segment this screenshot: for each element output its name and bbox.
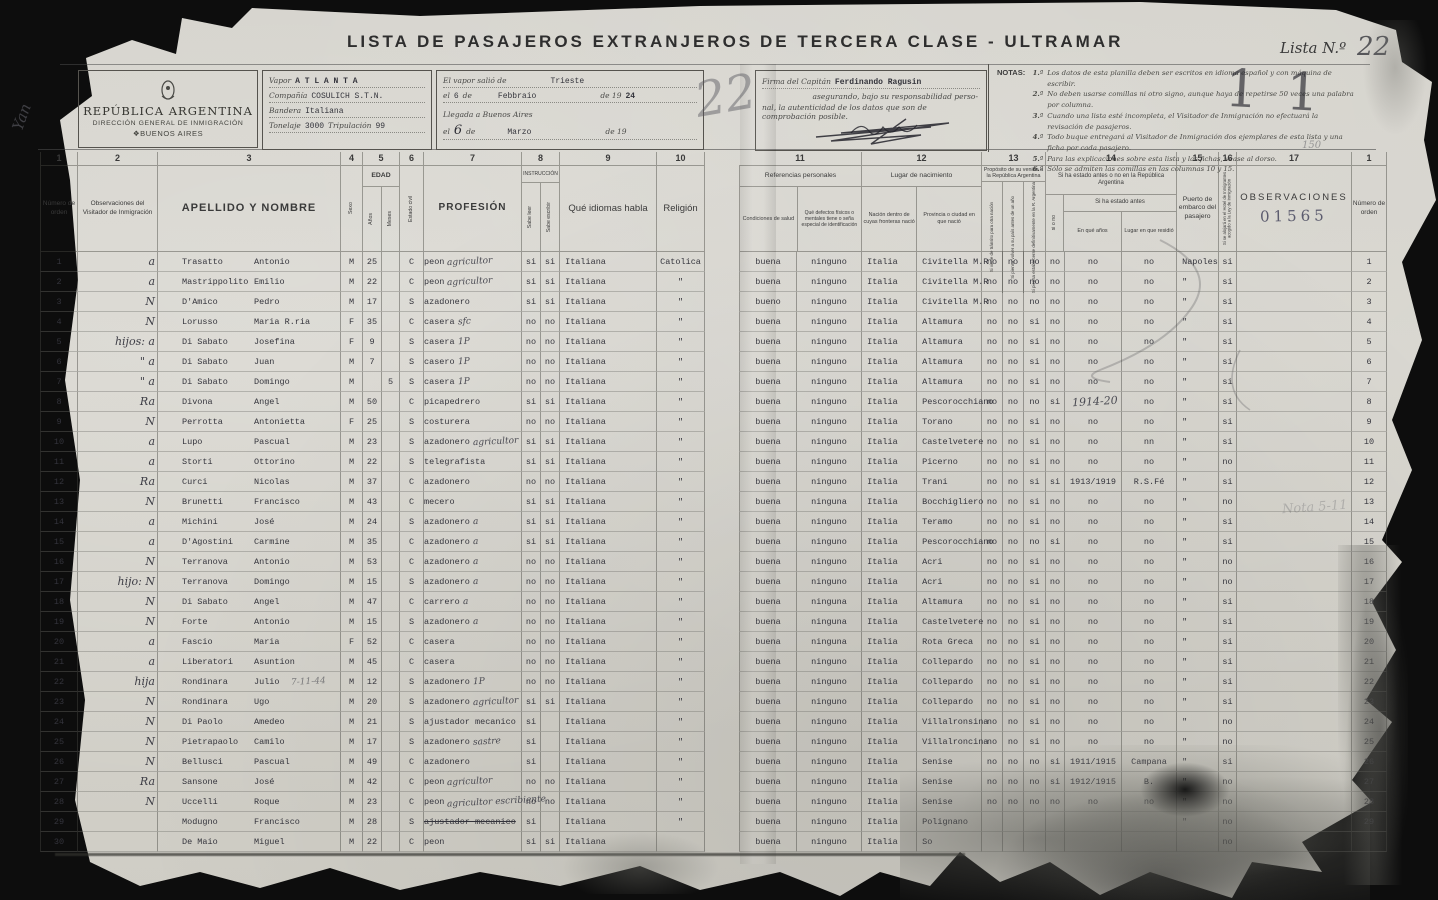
cell-language: Italiana: [560, 412, 657, 432]
cell-embark-port: ": [1177, 472, 1219, 492]
cell-name: RondinaraJulio7-11-44: [158, 672, 341, 692]
cell-defects: ninguno: [797, 812, 862, 832]
cell-age-months: [382, 632, 400, 652]
cell-transit: no: [982, 392, 1003, 412]
cell-nation: Italia: [862, 372, 917, 392]
cell-embark-port: ": [1177, 372, 1219, 392]
cell-age-years: 22: [363, 452, 382, 472]
cell-embark-port: ": [1177, 512, 1219, 532]
col-header-si-ha-estado: Si ha estado antes: [1064, 195, 1176, 212]
cell-return: no: [1003, 632, 1024, 652]
passenger-row: 6" aDi SabatoJuanM7Scasero1Pnono Italian…: [40, 352, 1387, 372]
cell-place-resided: no: [1122, 512, 1177, 532]
cell-sex: M: [341, 652, 363, 672]
cell-reads: no: [522, 772, 541, 792]
cell-writes: no: [541, 412, 560, 432]
cell-health: buena: [739, 532, 797, 552]
cell-writes: si: [541, 272, 560, 292]
cell-years-resided: no: [1065, 612, 1122, 632]
cell-visitor-mark: N: [78, 312, 158, 332]
cell-civil-status: S: [400, 292, 424, 312]
cell-transit: no: [982, 652, 1003, 672]
cell-order-number: 26: [40, 752, 78, 772]
passenger-row: 23NRondinaraUgoM20Sazadoneroagricultorsi…: [40, 692, 1387, 712]
cell-years-resided: no: [1065, 372, 1122, 392]
cell-settle: no: [1024, 532, 1046, 552]
cell-hotel: si: [1219, 612, 1237, 632]
cell-civil-status: C: [400, 632, 424, 652]
cell-hotel: no: [1219, 572, 1237, 592]
cell-reads: si: [522, 512, 541, 532]
cell-embark-port: ": [1177, 612, 1219, 632]
cell-visitor-mark: N: [78, 612, 158, 632]
cell-reads: no: [522, 672, 541, 692]
cell-settle: si: [1024, 372, 1046, 392]
salio-label: El vapor salió de: [443, 76, 507, 85]
cell-defects: ninguno: [797, 452, 862, 472]
col-header-edad: EDAD: [363, 166, 399, 187]
serial-stamp: 01565: [1260, 206, 1328, 225]
passenger-row: 8RaDivonaAngelM50Cpicapedrerosisi Italia…: [40, 392, 1387, 412]
anio1-value: 24: [625, 92, 635, 101]
cell-age-years: 52: [363, 632, 382, 652]
cell-order-number-right: 23: [1352, 692, 1387, 712]
cell-defects: ninguna: [797, 632, 862, 652]
cell-order-number: 20: [40, 632, 78, 652]
cell-embark-port: ": [1177, 352, 1219, 372]
cell-sex: M: [341, 492, 363, 512]
fold-gap: [705, 372, 739, 392]
cell-profession: peonagricultor escribiente: [424, 792, 522, 812]
cell-embark-port: ": [1177, 732, 1219, 752]
cell-visitor-mark: a: [78, 452, 158, 472]
fold-gap: [705, 672, 739, 692]
col-header-lugar-residio: Lugar en que residió: [1122, 212, 1176, 251]
cell-years-resided: no: [1065, 672, 1122, 692]
cell-profession: peonagricultor: [424, 272, 522, 292]
cell-nation: Italia: [862, 512, 917, 532]
cell-religion: ": [657, 312, 705, 332]
cell-observations: [1237, 292, 1352, 312]
cell-embark-port: ": [1177, 392, 1219, 412]
cell-observations: [1237, 832, 1352, 852]
cell-order-number-right: 16: [1352, 552, 1387, 572]
fold-gap: [705, 532, 739, 552]
cell-embark-port: ": [1177, 492, 1219, 512]
cell-visitor-mark: N: [78, 712, 158, 732]
cell-reads: no: [522, 412, 541, 432]
cell-religion: ": [657, 472, 705, 492]
cell-province: Collepardo: [917, 672, 982, 692]
cell-order-number-right: 25: [1352, 732, 1387, 752]
cell-transit: no: [982, 352, 1003, 372]
cell-language: Italiana: [560, 312, 657, 332]
cell-writes: no: [541, 672, 560, 692]
cell-age-months: [382, 552, 400, 572]
cell-defects: ninguno: [797, 292, 862, 312]
cell-place-resided: R.S.Fé: [1122, 472, 1177, 492]
cell-province: Collepardo: [917, 652, 982, 672]
mes1-value: Febbraio: [498, 92, 536, 101]
fold-gap: [705, 632, 739, 652]
cell-embark-port: ": [1177, 672, 1219, 692]
cell-order-number: 12: [40, 472, 78, 492]
column-number-row: 12345678910111213141516171: [40, 152, 1387, 166]
cell-been-before: si: [1046, 772, 1065, 792]
cell-return: no: [1003, 372, 1024, 392]
cell-order-number-right: 8: [1352, 392, 1387, 412]
cell-nation: Italia: [862, 332, 917, 352]
col-header-referencias: Referencias personales: [740, 166, 861, 187]
cell-return: no: [1003, 732, 1024, 752]
cell-place-resided: no: [1122, 452, 1177, 472]
lista-number-handwritten: 22: [1357, 32, 1390, 62]
cell-name: Di PaoloAmedeo: [158, 712, 341, 732]
cell-years-resided: no: [1065, 312, 1122, 332]
cell-age-years: 15: [363, 572, 382, 592]
cell-transit: no: [982, 432, 1003, 452]
cell-health: buena: [739, 672, 797, 692]
cell-profession: casera1P: [424, 332, 522, 352]
fold-gap: [705, 612, 739, 632]
cell-health: buena: [739, 312, 797, 332]
cell-transit: no: [982, 792, 1003, 812]
cell-nation: Italia: [862, 672, 917, 692]
cell-nation: Italia: [862, 532, 917, 552]
cell-settle: si: [1024, 492, 1046, 512]
cell-civil-status: S: [400, 812, 424, 832]
cell-defects: ninguno: [797, 752, 862, 772]
cell-language: Italiana: [560, 652, 657, 672]
cell-name: ForteAntonio: [158, 612, 341, 632]
cell-name: LorussoMaria R.ria: [158, 312, 341, 332]
cell-age-months: [382, 692, 400, 712]
cell-embark-port: ": [1177, 652, 1219, 672]
cell-settle: no: [1024, 772, 1046, 792]
column-number: [705, 152, 739, 166]
cell-return: no: [1003, 432, 1024, 452]
cell-place-resided: Campana: [1122, 752, 1177, 772]
col-header-profesion: PROFESIÓN: [424, 166, 522, 252]
cell-province: Altamura: [917, 592, 982, 612]
column-number: 10: [657, 152, 705, 166]
cell-settle: si: [1024, 612, 1046, 632]
cell-defects: ninguno: [797, 252, 862, 272]
cell-visitor-mark: Ra: [78, 772, 158, 792]
cell-province: Civitella M.R: [917, 292, 982, 312]
cell-province: Rota Greca: [917, 632, 982, 652]
cell-sex: M: [341, 392, 363, 412]
cell-age-years: 17: [363, 292, 382, 312]
cell-observations: [1237, 332, 1352, 352]
cell-language: Italiana: [560, 812, 657, 832]
cell-been-before: no: [1046, 432, 1065, 452]
cell-order-number: 30: [40, 832, 78, 852]
cell-reads: no: [522, 612, 541, 632]
cell-hotel: si: [1219, 352, 1237, 372]
cell-health: bueno: [739, 292, 797, 312]
cell-transit: no: [982, 452, 1003, 472]
cell-settle: si: [1024, 432, 1046, 452]
cell-embark-port: ": [1177, 752, 1219, 772]
cell-order-number: 4: [40, 312, 78, 332]
cell-language: Italiana: [560, 252, 657, 272]
cell-return: no: [1003, 712, 1024, 732]
cell-order-number-right: 11: [1352, 452, 1387, 472]
cell-order-number-right: 20: [1352, 632, 1387, 652]
cell-order-number-right: 19: [1352, 612, 1387, 632]
cell-name: LiberatoriAsuntion: [158, 652, 341, 672]
passenger-row: 15aD'AgostiniCarmineM35Cazadoneroasisi I…: [40, 532, 1387, 552]
cell-nation: Italia: [862, 412, 917, 432]
cell-writes: si: [541, 452, 560, 472]
cell-embark-port: ": [1177, 632, 1219, 652]
cell-health: buena: [739, 252, 797, 272]
cell-age-years: 21: [363, 712, 382, 732]
cell-nation: Italia: [862, 432, 917, 452]
cell-years-resided: no: [1065, 332, 1122, 352]
cell-health: buena: [739, 612, 797, 632]
cell-profession: caserasfc: [424, 312, 522, 332]
cell-order-number-right: 2: [1352, 272, 1387, 292]
voyage-box: El vapor salió deTrieste el6deFebbraiode…: [436, 70, 704, 150]
cell-civil-status: C: [400, 652, 424, 672]
cell-observations: [1237, 612, 1352, 632]
passenger-row: 13NBrunettiFranciscoM43Cmecerosisi Itali…: [40, 492, 1387, 512]
fold-gap: [705, 292, 739, 312]
cell-visitor-mark: Ra: [78, 392, 158, 412]
cell-return: no: [1003, 332, 1024, 352]
cell-defects: ninguno: [797, 712, 862, 732]
cell-observations: [1237, 552, 1352, 572]
cell-embark-port: ": [1177, 572, 1219, 592]
cell-province: Trani: [917, 472, 982, 492]
cell-nation: Italia: [862, 652, 917, 672]
cell-name: D'AgostiniCarmine: [158, 532, 341, 552]
cell-nation: Italia: [862, 612, 917, 632]
cell-years-resided: no: [1065, 792, 1122, 812]
cell-religion: ": [657, 632, 705, 652]
cell-nation: Italia: [862, 392, 917, 412]
cell-observations: [1237, 712, 1352, 732]
col-header-numero-orden-right: Número de orden: [1352, 166, 1387, 252]
passenger-row: 3ND'AmicoPedroM17Sazadonerosisi Italiana…: [40, 292, 1387, 312]
cell-place-resided: no: [1122, 692, 1177, 712]
cell-health: buena: [739, 572, 797, 592]
cell-nation: Italia: [862, 472, 917, 492]
cell-profession: azadonero1P: [424, 672, 522, 692]
notas-box: NOTAS: 1.ªLos datos de esta planilla deb…: [988, 64, 1357, 152]
cell-writes: no: [541, 472, 560, 492]
cell-civil-status: S: [400, 372, 424, 392]
cell-religion: ": [657, 592, 705, 612]
cell-embark-port: ": [1177, 592, 1219, 612]
cell-defects: ninguno: [797, 692, 862, 712]
cell-reads: no: [522, 312, 541, 332]
cell-name: SansoneJosé: [158, 772, 341, 792]
cell-been-before: no: [1046, 292, 1065, 312]
cell-embark-port: ": [1177, 432, 1219, 452]
cell-been-before: no: [1046, 592, 1065, 612]
cell-name: PietrapaoloCamilo: [158, 732, 341, 752]
cell-reads: si: [522, 532, 541, 552]
cell-age-months: [382, 432, 400, 452]
cell-years-resided: no: [1065, 732, 1122, 752]
cell-sex: M: [341, 692, 363, 712]
cell-order-number: 28: [40, 792, 78, 812]
org-line3: ❖BUENOS AIRES: [133, 129, 203, 138]
cell-hotel: si: [1219, 512, 1237, 532]
cell-writes: [541, 812, 560, 832]
col-header-nacion: Nación dentro de cuyas fronteras nació: [862, 187, 917, 251]
cell-province: Villalronsina: [917, 712, 982, 732]
table-header-row: Número de orden Observaciones del Visita…: [40, 166, 1387, 252]
cell-sex: M: [341, 532, 363, 552]
cell-been-before: no: [1046, 452, 1065, 472]
bandera-label: Bandera: [269, 106, 301, 115]
cell-visitor-mark: " a: [78, 372, 158, 392]
cell-province: Altamura: [917, 352, 982, 372]
cell-nation: Italia: [862, 492, 917, 512]
cell-transit: no: [982, 372, 1003, 392]
cell-civil-status: C: [400, 252, 424, 272]
cell-return: no: [1003, 392, 1024, 412]
cell-observations: [1237, 512, 1352, 532]
cell-language: Italiana: [560, 352, 657, 372]
cell-profession: azadoneroa: [424, 572, 522, 592]
cell-province: Senise: [917, 752, 982, 772]
cell-language: Italiana: [560, 452, 657, 472]
cell-years-resided: [1065, 812, 1122, 832]
cell-embark-port: ": [1177, 312, 1219, 332]
cell-hotel: si: [1219, 632, 1237, 652]
cell-profession: azadoneroa: [424, 552, 522, 572]
cell-age-years: 23: [363, 432, 382, 452]
column-number: 2: [78, 152, 158, 166]
cell-province: Pescorocchiano: [917, 532, 982, 552]
col-header-en-que-anios: En qué años: [1064, 212, 1122, 251]
fold-gap: [705, 712, 739, 732]
cell-civil-status: S: [400, 512, 424, 532]
cell-been-before: no: [1046, 312, 1065, 332]
col-header-provincia: Provincia o ciudad en que nació: [917, 187, 981, 251]
cell-return: no: [1003, 612, 1024, 632]
cell-been-before: no: [1046, 732, 1065, 752]
cell-defects: ninguno: [797, 512, 862, 532]
cell-age-years: 53: [363, 552, 382, 572]
cell-order-number-right: 22: [1352, 672, 1387, 692]
cell-settle: si: [1024, 512, 1046, 532]
cell-years-resided: no: [1065, 452, 1122, 472]
col-header-si-o-no: si o no: [1052, 215, 1058, 230]
cell-order-number: 3: [40, 292, 78, 312]
cell-defects: ninguno: [797, 392, 862, 412]
cell-age-months: [382, 292, 400, 312]
fold-gap: [705, 352, 739, 372]
fold-gap: [705, 812, 739, 832]
cell-embark-port: ": [1177, 772, 1219, 792]
cell-province: Civitella M.R: [917, 252, 982, 272]
column-number: 3: [158, 152, 341, 166]
cell-name: TerranovaAntonio: [158, 552, 341, 572]
cell-been-before: no: [1046, 492, 1065, 512]
cell-profession: azadonero: [424, 472, 522, 492]
cell-years-resided: 1911/1915: [1065, 752, 1122, 772]
cell-name: LupoPascual: [158, 432, 341, 452]
cell-province: Collepardo: [917, 692, 982, 712]
cell-sex: M: [341, 752, 363, 772]
cell-observations: [1237, 492, 1352, 512]
fold-gap: [705, 332, 739, 352]
cell-age-years: 42: [363, 772, 382, 792]
col-header-sabe-leer: Sabe leer: [528, 206, 534, 228]
cell-civil-status: C: [400, 592, 424, 612]
cell-age-years: 24: [363, 512, 382, 532]
cell-order-number-right: 26: [1352, 752, 1387, 772]
passenger-row: 16NTerranovaAntonioM53Cazadoneroanono It…: [40, 552, 1387, 572]
cell-health: buena: [739, 752, 797, 772]
cell-settle: no: [1024, 292, 1046, 312]
cell-age-years: 17: [363, 732, 382, 752]
cell-place-resided: no: [1122, 392, 1177, 412]
cell-name: Di SabatoDomingo: [158, 372, 341, 392]
cell-transit: no: [982, 572, 1003, 592]
cell-return: no: [1003, 512, 1024, 532]
cell-visitor-mark: N: [78, 552, 158, 572]
fold-gap: [705, 392, 739, 412]
col-header-religion: Religión: [657, 166, 705, 252]
cell-religion: ": [657, 532, 705, 552]
cell-transit: no: [982, 692, 1003, 712]
col-header-proposito: Propósito de su venida a la República Ar…: [982, 166, 1045, 182]
cell-visitor-mark: N: [78, 752, 158, 772]
cell-transit: no: [982, 712, 1003, 732]
cell-been-before: no: [1046, 332, 1065, 352]
cell-age-years: 50: [363, 392, 382, 412]
col-header-sabe-escribir: Sabe escribir: [547, 202, 553, 232]
tonelaje-value: 3000: [305, 122, 324, 131]
cell-return: no: [1003, 552, 1024, 572]
cell-writes: no: [541, 332, 560, 352]
cell-visitor-mark: hijos: a: [78, 332, 158, 352]
cell-transit: no: [982, 472, 1003, 492]
cell-hotel: si: [1219, 392, 1237, 412]
passenger-row: 1aTrasattoAntonioM25Cpeonagricultorsisi …: [40, 252, 1387, 272]
cell-order-number: 29: [40, 812, 78, 832]
column-number: 8: [522, 152, 560, 166]
cell-defects: ninguno: [797, 552, 862, 572]
cell-order-number-right: 1: [1352, 252, 1387, 272]
cell-settle: no: [1024, 392, 1046, 412]
cell-health: buena: [739, 332, 797, 352]
page-title: LISTA DE PASAJEROS EXTRANJEROS: [347, 32, 753, 52]
column-number: 1: [1352, 152, 1387, 166]
cell-transit: no: [982, 332, 1003, 352]
fold-gap: [705, 166, 739, 252]
cell-embark-port: ": [1177, 552, 1219, 572]
cell-age-months: 5: [382, 372, 400, 392]
cell-settle: [1024, 832, 1046, 852]
cell-age-years: 25: [363, 252, 382, 272]
cell-religion: ": [657, 692, 705, 712]
cell-years-resided: no: [1065, 432, 1122, 452]
cell-province: Acri: [917, 552, 982, 572]
cell-writes: no: [541, 372, 560, 392]
cell-return: [1003, 812, 1024, 832]
cell-years-resided: no: [1065, 552, 1122, 572]
cell-observations: [1237, 372, 1352, 392]
cell-sex: M: [341, 832, 363, 852]
